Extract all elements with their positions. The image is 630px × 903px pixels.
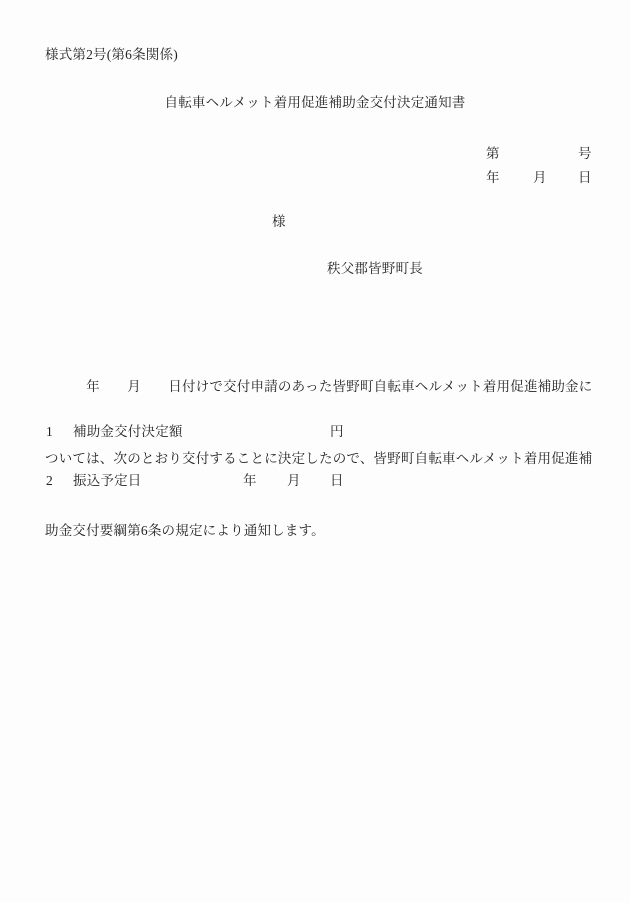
item-2-number: 2 (46, 474, 53, 488)
body-line-1: 年 月 日付けで交付申請のあった皆野町自転車ヘルメット着用促進補助金に (45, 375, 597, 399)
item-2-label: 振込予定日 (73, 474, 142, 488)
sender-name: 秩父郡皆野町長 (327, 262, 423, 276)
body-paragraph: 年 月 日付けで交付申請のあった皆野町自転車ヘルメット着用促進補助金に ついては… (45, 327, 597, 591)
doc-number-prefix: 第 (486, 147, 500, 161)
form-number: 様式第2号(第6条関係) (45, 48, 178, 62)
doc-number-suffix: 号 (578, 147, 592, 161)
addressee-honorific: 様 (272, 215, 286, 229)
item-1-number: 1 (46, 425, 53, 439)
body-line-2: ついては、次のとおり交付することに決定したので、皆野町自転車ヘルメット着用促進補 (45, 447, 597, 471)
body-line-3: 助金交付要綱第6条の規定により通知します。 (45, 519, 597, 543)
item-2-day-label: 日 (330, 474, 344, 488)
item-2-month-label: 月 (287, 474, 301, 488)
date-month-label: 月 (533, 171, 547, 185)
document-title: 自転車ヘルメット着用促進補助金交付決定通知書 (0, 96, 630, 110)
item-1-unit: 円 (330, 425, 344, 439)
date-year-label: 年 (486, 171, 500, 185)
document-page: 様式第2号(第6条関係) 自転車ヘルメット着用促進補助金交付決定通知書 第 号 … (0, 0, 630, 903)
date-day-label: 日 (578, 171, 592, 185)
item-2-year-label: 年 (243, 474, 257, 488)
item-1-label: 補助金交付決定額 (73, 425, 183, 439)
